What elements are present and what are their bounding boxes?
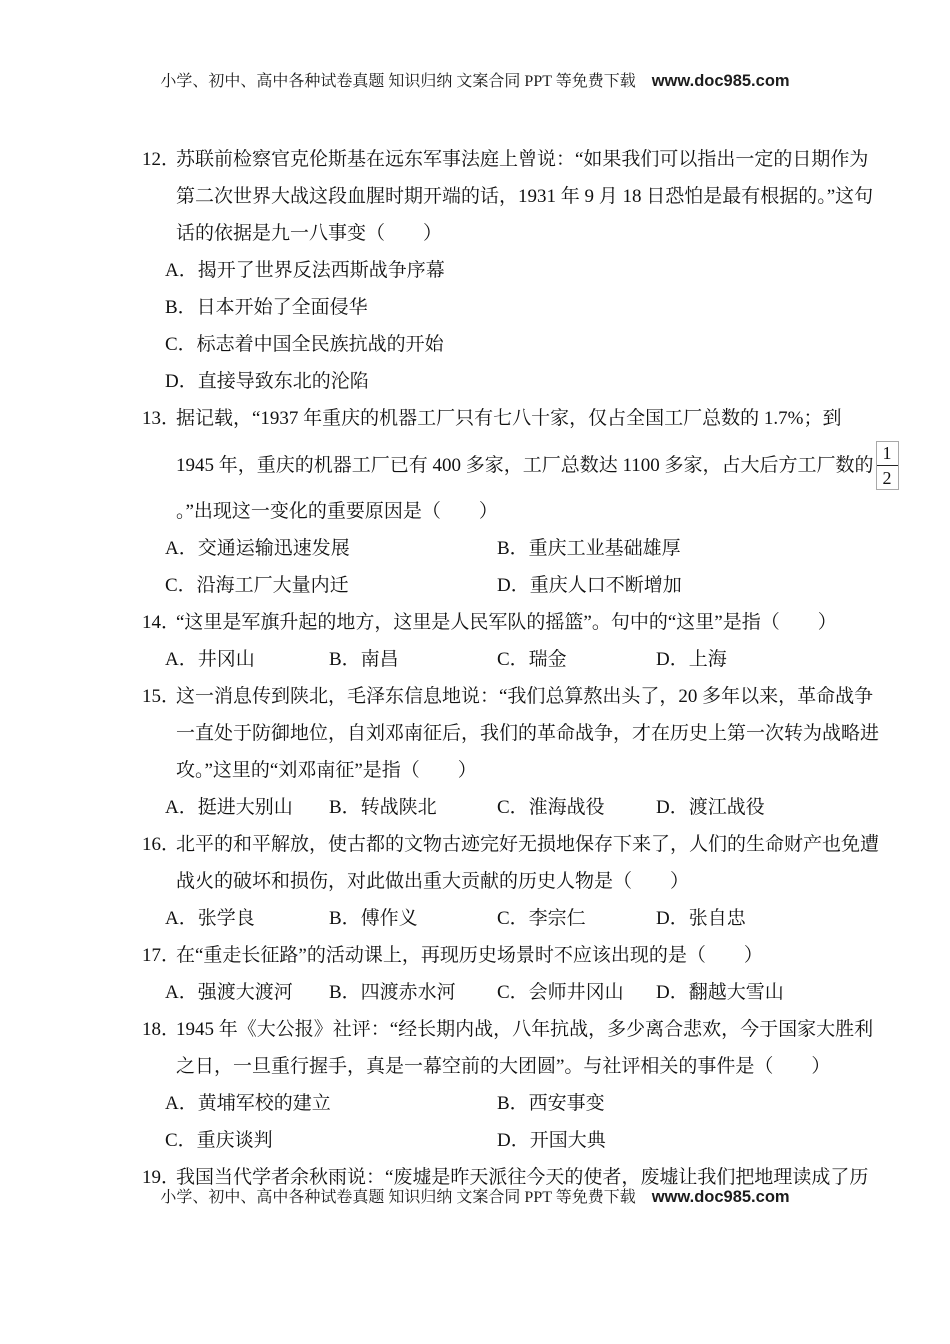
options-row: A．挺进大别山 B．转战陕北 C．淮海战役 D．渡江战役 xyxy=(165,789,950,826)
question-text-line: 第二次世界大战这段血腥时期开端的话，1931 年 9 月 18 日恐怕是最有根据… xyxy=(176,178,950,215)
options-list: A．张学良 B．傅作义 C．李宗仁 D．张自忠 xyxy=(165,900,950,937)
header-promo-text: 小学、初中、高中各种试卷真题 知识归纳 文案合同 PPT 等免费下载 xyxy=(160,73,635,90)
footer-site-url: www.doc985.com xyxy=(652,1188,790,1206)
options-row: C．重庆谈判 D．开国大典 xyxy=(165,1122,950,1159)
question-16: 16． 北平的和平解放，使古都的文物古迹完好无损地保存下来了，人们的生命财产也免… xyxy=(0,826,950,937)
options-list: A．黄埔军校的建立 B．西安事变 C．重庆谈判 D．开国大典 xyxy=(165,1085,950,1159)
option-d: D．直接导致东北的沦陷 xyxy=(165,363,950,400)
question-15: 15． 这一消息传到陕北，毛泽东信息地说：“我们总算熬出头了，20 多年以来，革… xyxy=(0,678,950,826)
options-list: A．井冈山 B．南昌 C．瑞金 D．上海 xyxy=(165,641,950,678)
question-text-line: 苏联前检察官克伦斯基在远东军事法庭上曾说：“如果我们可以指出一定的日期作为 xyxy=(176,141,950,178)
option-b: B．四渡赤水河 xyxy=(329,974,497,1011)
option-d: D．重庆人口不断增加 xyxy=(497,567,682,604)
question-number: 15． xyxy=(142,678,180,715)
option-c: C．李宗仁 xyxy=(497,900,656,937)
option-b: B．傅作义 xyxy=(329,900,497,937)
option-c: C．瑞金 xyxy=(497,641,656,678)
header-banner: 小学、初中、高中各种试卷真题 知识归纳 文案合同 PPT 等免费下载www.do… xyxy=(0,68,950,91)
option-a: A．张学良 xyxy=(165,900,329,937)
option-d: D．开国大典 xyxy=(497,1122,606,1159)
fraction-one-half: 1 2 xyxy=(876,441,899,490)
exam-content: 12． 苏联前检察官克伦斯基在远东军事法庭上曾说：“如果我们可以指出一定的日期作… xyxy=(0,141,950,1196)
question-text-line: 这一消息传到陕北，毛泽东信息地说：“我们总算熬出头了，20 多年以来，革命战争 xyxy=(176,678,950,715)
question-number: 17． xyxy=(142,937,180,974)
question-text-line: 一直处于防御地位，自刘邓南征后，我们的革命战争，才在历史上第一次转为战略进 xyxy=(176,715,950,752)
header-site-url: www.doc985.com xyxy=(652,72,790,90)
fraction-denominator: 2 xyxy=(877,466,898,489)
options-row: A．井冈山 B．南昌 C．瑞金 D．上海 xyxy=(165,641,950,678)
question-number: 12． xyxy=(142,141,180,178)
option-a: A．强渡大渡河 xyxy=(165,974,329,1011)
question-18: 18． 1945 年《大公报》社评：“经长期内战，八年抗战，多少离合悲欢，今于国… xyxy=(0,1011,950,1159)
option-a: A．挺进大别山 xyxy=(165,789,329,826)
options-list: A．强渡大渡河 B．四渡赤水河 C．会师井冈山 D．翻越大雪山 xyxy=(165,974,950,1011)
option-b: B．转战陕北 xyxy=(329,789,497,826)
option-b: B．南昌 xyxy=(329,641,497,678)
option-b: B．重庆工业基础雄厚 xyxy=(497,530,681,567)
question-13: 13． 据记载，“1937 年重庆的机器工厂只有七八十家，仅占全国工厂总数的 1… xyxy=(0,400,950,604)
question-text-line: 之日，一旦重行握手，真是一幕空前的大团圆”。与社评相关的事件是（ ） xyxy=(176,1048,950,1085)
option-d: D．渡江战役 xyxy=(656,789,765,826)
option-c: C．标志着中国全民族抗战的开始 xyxy=(165,326,950,363)
footer-banner: 小学、初中、高中各种试卷真题 知识归纳 文案合同 PPT 等免费下载www.do… xyxy=(0,1184,950,1207)
options-row: A．黄埔军校的建立 B．西安事变 xyxy=(165,1085,950,1122)
option-d: D．翻越大雪山 xyxy=(656,974,784,1011)
fraction-numerator: 1 xyxy=(877,442,898,466)
question-number: 18． xyxy=(142,1011,180,1048)
question-text-line: 攻。”这里的“刘邓南征”是指（ ） xyxy=(176,752,950,789)
options-row: C．沿海工厂大量内迁 D．重庆人口不断增加 xyxy=(165,567,950,604)
question-text-line: “这里是军旗升起的地方，这里是人民军队的摇篮”。句中的“这里”是指（ ） xyxy=(176,604,950,641)
question-text-line: 在“重走长征路”的活动课上，再现历史场景时不应该出现的是（ ） xyxy=(176,937,950,974)
question-14: 14． “这里是军旗升起的地方，这里是人民军队的摇篮”。句中的“这里”是指（ ）… xyxy=(0,604,950,678)
question-text-segment: 1945 年，重庆的机器工厂已有 400 多家，工厂总数达 1100 多家，占大… xyxy=(176,447,874,484)
option-b: B．日本开始了全面侵华 xyxy=(165,289,950,326)
footer-promo-text: 小学、初中、高中各种试卷真题 知识归纳 文案合同 PPT 等免费下载 xyxy=(160,1189,635,1206)
question-text-line: 北平的和平解放，使古都的文物古迹完好无损地保存下来了，人们的生命财产也免遭 xyxy=(176,826,950,863)
option-c: C．沿海工厂大量内迁 xyxy=(165,567,497,604)
option-c: C．淮海战役 xyxy=(497,789,656,826)
document-page: 小学、初中、高中各种试卷真题 知识归纳 文案合同 PPT 等免费下载www.do… xyxy=(0,0,950,1344)
question-text-line: 1945 年《大公报》社评：“经长期内战，八年抗战，多少离合悲欢，今于国家大胜利 xyxy=(176,1011,950,1048)
options-list: A．揭开了世界反法西斯战争序幕 B．日本开始了全面侵华 C．标志着中国全民族抗战… xyxy=(165,252,950,400)
question-number: 14． xyxy=(142,604,180,641)
option-a: A．井冈山 xyxy=(165,641,329,678)
option-b: B．西安事变 xyxy=(497,1085,605,1122)
option-d: D．张自忠 xyxy=(656,900,746,937)
option-d: D．上海 xyxy=(656,641,727,678)
question-number: 13． xyxy=(142,400,180,437)
options-row: A．强渡大渡河 B．四渡赤水河 C．会师井冈山 D．翻越大雪山 xyxy=(165,974,950,1011)
question-text-line: 话的依据是九一八事变（ ） xyxy=(176,215,950,252)
question-text-line-with-fraction: 1945 年，重庆的机器工厂已有 400 多家，工厂总数达 1100 多家，占大… xyxy=(176,437,950,493)
question-number: 16． xyxy=(142,826,180,863)
option-a: A．黄埔军校的建立 xyxy=(165,1085,497,1122)
option-c: C．重庆谈判 xyxy=(165,1122,497,1159)
option-c: C．会师井冈山 xyxy=(497,974,656,1011)
option-a: A．揭开了世界反法西斯战争序幕 xyxy=(165,252,950,289)
question-17: 17． 在“重走长征路”的活动课上，再现历史场景时不应该出现的是（ ） A．强渡… xyxy=(0,937,950,1011)
options-row: A．交通运输迅速发展 B．重庆工业基础雄厚 xyxy=(165,530,950,567)
options-list: A．交通运输迅速发展 B．重庆工业基础雄厚 C．沿海工厂大量内迁 D．重庆人口不… xyxy=(165,530,950,604)
question-text-line: 战火的破坏和损伤，对此做出重大贡献的历史人物是（ ） xyxy=(176,863,950,900)
question-text-line: 据记载，“1937 年重庆的机器工厂只有七八十家，仅占全国工厂总数的 1.7%；… xyxy=(176,400,950,437)
question-text-line: 。”出现这一变化的重要原因是（ ） xyxy=(176,493,950,530)
options-row: A．张学良 B．傅作义 C．李宗仁 D．张自忠 xyxy=(165,900,950,937)
question-12: 12． 苏联前检察官克伦斯基在远东军事法庭上曾说：“如果我们可以指出一定的日期作… xyxy=(0,141,950,400)
option-a: A．交通运输迅速发展 xyxy=(165,530,497,567)
options-list: A．挺进大别山 B．转战陕北 C．淮海战役 D．渡江战役 xyxy=(165,789,950,826)
